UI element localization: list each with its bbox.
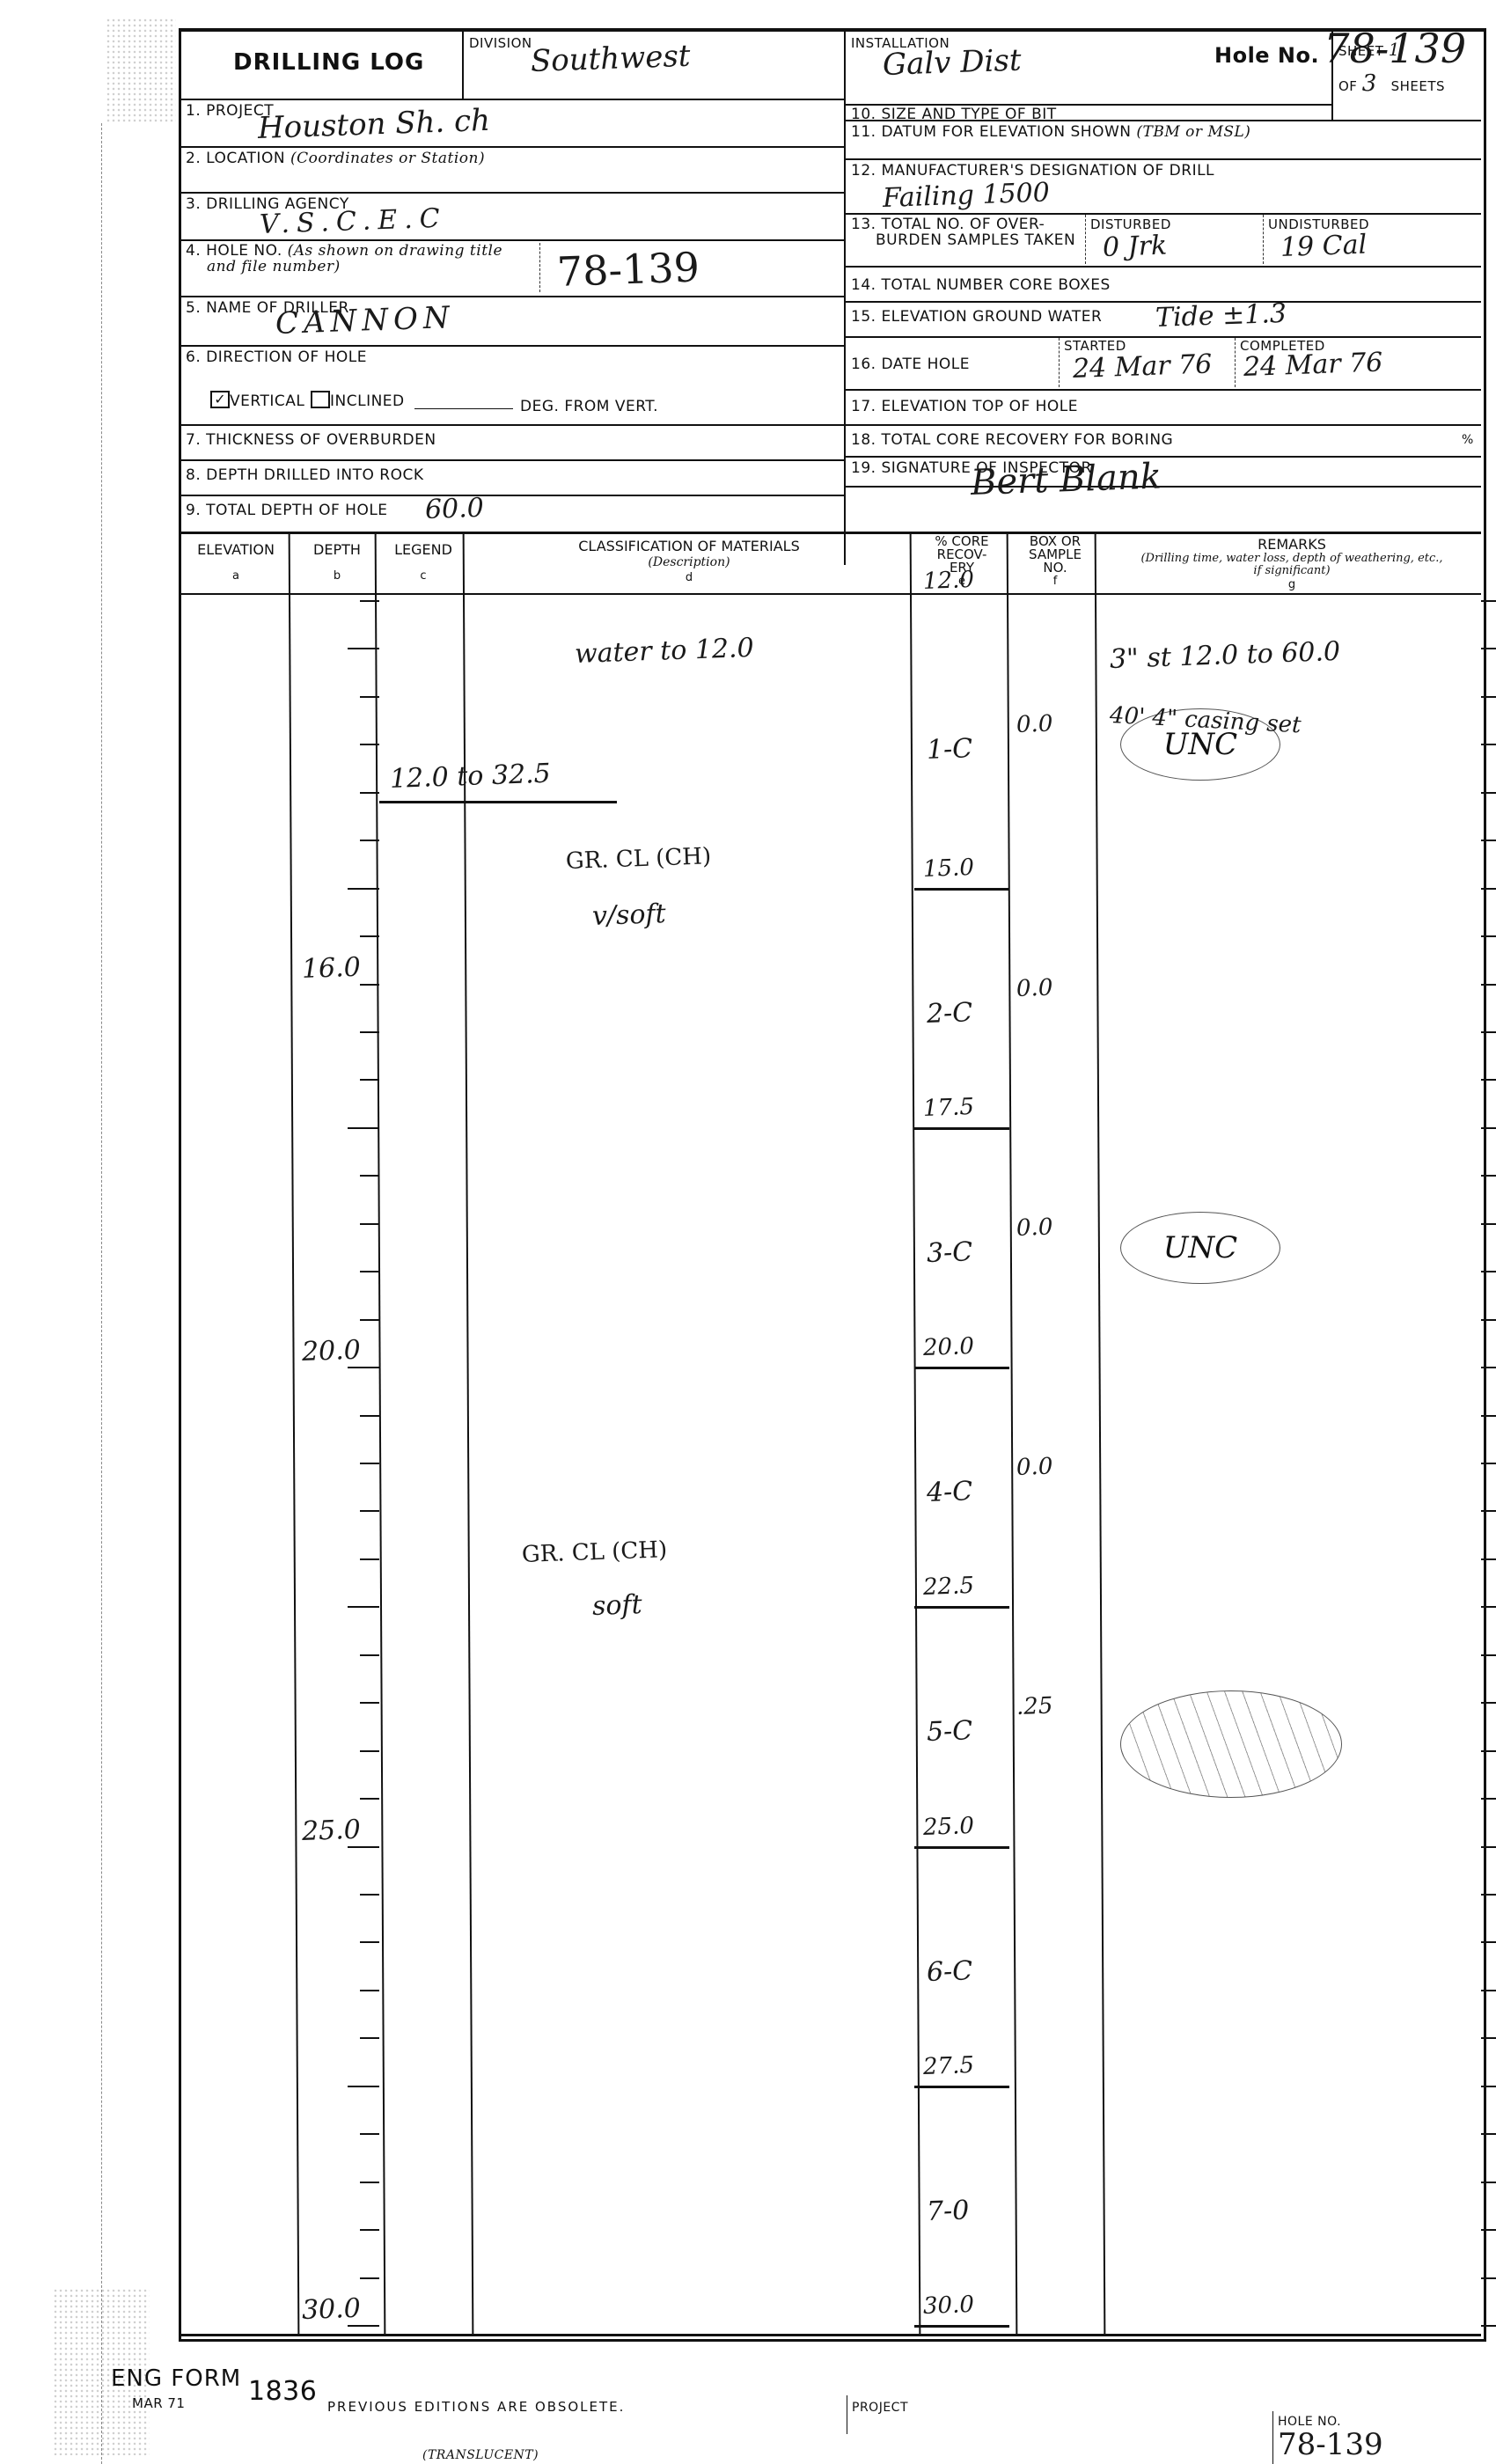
inclined-label: INCLINED [330,392,405,410]
column-letter: f [1011,575,1099,588]
location-label-text: 2. LOCATION [186,150,285,167]
divider [1331,28,1333,120]
depth-tick [360,1894,379,1896]
sample-number: 4-C [926,1476,972,1508]
depth-tick [348,648,379,649]
sample-number: 2-C [926,997,972,1030]
column-letter: d [469,570,909,586]
margin-tick [1481,1271,1496,1272]
location-hint: (Coordinates or Station) [290,150,485,167]
division-field[interactable]: Southwest [530,39,691,79]
agency-field[interactable]: V.S.C.E.C [259,203,447,240]
row-line [844,389,1481,391]
undisturbed-field[interactable]: 19 Cal [1280,230,1367,263]
disturbed-field[interactable]: 0 Jrk [1102,230,1167,263]
row-line [844,336,1481,338]
depth-tick [360,1702,379,1704]
depth-tick [360,1415,379,1417]
margin-tick [1481,1175,1496,1177]
description-entry: water to 12.0 [574,633,754,670]
column-letter: g [1103,577,1481,593]
depth-tick [360,2277,379,2279]
row-line [179,495,844,496]
obsolete-note: PREVIOUS EDITIONS ARE OBSOLETE. [327,2399,625,2415]
depth-tick [360,1798,379,1800]
divider [462,28,464,99]
table-header-bottom [179,593,1481,595]
margin-tick [1481,1510,1496,1512]
depth-tick [348,2086,379,2087]
of-sheets-label: OF 3 SHEETS [1338,70,1445,97]
depth-tick [360,840,379,841]
margin-tick [1481,2182,1496,2183]
center-divider [844,28,846,565]
rock-label: 8. DEPTH DRILLED INTO ROCK [186,466,423,484]
installation-field[interactable]: Galv Dist [882,43,1022,83]
margin-tick [1481,2133,1496,2135]
checkmark-icon: ✓ [214,391,225,407]
row-line [844,424,1481,426]
sample-boundary-depth: 15.0 [922,854,974,883]
description-entry: soft [591,1589,642,1622]
column-title: CLASSIFICATION OF MATERIALS [469,539,909,554]
margin-tick [1481,2229,1496,2231]
depth-tick [360,1941,379,1943]
drilling-log-form: DRILLING LOG DIVISION Southwest 1. PROJE… [179,28,1487,2395]
completed-field[interactable]: 24 Mar 76 [1243,347,1383,383]
sample-boundary-line [914,1606,1009,1609]
depth-tick [360,2229,379,2231]
depth-tick [360,792,379,794]
margin-tick [1481,2086,1496,2087]
form-footer: ENG FORM [111,2365,241,2392]
depth-label: 30.0 [301,2293,361,2326]
depth-tick [360,2037,379,2039]
division-label: DIVISION [469,35,532,51]
sheet-label-text: SHEET [1338,43,1383,59]
depth-tick [348,888,379,890]
driller-field[interactable]: CANNON [275,300,455,341]
unconfined-test-mark: UNC [1120,1212,1280,1284]
row-line [844,486,1481,488]
row-line [179,345,844,347]
depth-tick [360,984,379,986]
sample-boundary-line [914,1127,1009,1130]
sample-boundary-depth: 20.0 [922,1333,974,1361]
margin-tick [1481,1894,1496,1896]
margin-tick [1481,696,1496,698]
total-depth-label: 9. TOTAL DEPTH OF HOLE [186,502,388,519]
paper-note: (TRANSLUCENT) [422,2448,539,2462]
datum-label: 11. DATUM FOR ELEVATION SHOWN (TBM or MS… [851,123,1250,141]
vertical-label: VERTICAL [230,392,304,410]
hole-no-field[interactable]: 78-139 [556,243,700,296]
sample-boundary-depth: 12.0 [922,567,974,595]
depth-tick [360,1750,379,1752]
bit-label: 10. SIZE AND TYPE OF BIT [851,106,1057,123]
depth-tick [360,1558,379,1560]
column-header-elevation: ELEVATION a [179,542,293,584]
sample-number: 3-C [926,1236,972,1269]
row-line [844,158,1481,160]
description-entry: 12.0 to 32.5 [389,759,551,795]
margin-tick [1481,1798,1496,1800]
margin-tick [1481,648,1496,649]
depth-tick [360,1510,379,1512]
depth-tick [360,1079,379,1081]
column-title: BOX OR SAMPLE NO. [1011,535,1099,575]
margin-tick [1481,1654,1496,1656]
hole-no-hint-1: (As shown on drawing title [288,242,502,260]
divider [1085,215,1086,264]
page-edge-line [101,123,102,2464]
column-header-legend: LEGEND c [381,542,466,584]
sample-number: 5-C [926,1716,972,1749]
row-line [179,239,844,241]
depth-label: 16.0 [301,951,361,984]
column-letter: b [295,568,379,584]
total-depth-field[interactable]: 60.0 [424,493,484,525]
margin-tick [1481,600,1496,602]
row-line [179,99,844,100]
margin-tick [1481,2277,1496,2279]
sample-boundary-depth: 30.0 [922,2292,974,2320]
samples-label-2: BURDEN SAMPLES TAKEN [851,231,1075,249]
scan-artifact [106,18,176,123]
manufacturer-field[interactable]: Failing 1500 [882,177,1050,214]
row-line [844,266,1481,268]
form-date: MAR 71 [132,2395,185,2411]
depth-tick [360,600,379,602]
datum-hint: (TBM or MSL) [1136,123,1250,141]
hole-no-hint-2: and file number) [186,258,341,275]
margin-tick [1481,1558,1496,1560]
depth-tick [360,1031,379,1033]
divider [1235,338,1236,387]
vertical-checkbox[interactable]: ✓ [210,391,230,408]
margin-tick [1481,1127,1496,1129]
margin-tick [1481,840,1496,841]
depth-tick [360,1654,379,1656]
margin-tick [1481,1750,1496,1752]
depth-tick [348,2325,379,2327]
row-line [179,146,844,148]
form-number: 1836 [248,2376,317,2407]
depth-tick [360,2182,379,2183]
sample-number: 1-C [926,734,972,766]
column-subtitle: (Description) [469,554,909,570]
row-line [179,192,844,194]
sheet-label: SHEET 1 [1338,39,1400,60]
depth-tick [360,2133,379,2135]
core-recovery-value: 0.0 [1016,711,1052,738]
depth-tick [360,1319,379,1321]
description-entry: GR. CL (CH) [565,843,711,875]
margin-tick [1481,1079,1496,1081]
sample-boundary-line [914,1846,1009,1849]
divider [847,2395,847,2434]
degrees-label: DEG. FROM VERT. [520,398,658,415]
depth-label: 20.0 [301,1335,361,1368]
sample-boundary-depth: 25.0 [922,1813,974,1841]
depth-label: 25.0 [301,1814,361,1846]
column-header-classification: CLASSIFICATION OF MATERIALS (Description… [469,539,909,586]
footer-project-label: PROJECT [852,2401,908,2415]
margin-tick [1481,1702,1496,1704]
depth-tick [360,1271,379,1272]
location-label: 2. LOCATION (Coordinates or Station) [186,150,485,167]
column-subtitle: (Drilling time, water loss, depth of wea… [1103,553,1481,577]
datum-label-text: 11. DATUM FOR ELEVATION SHOWN [851,123,1132,141]
direction-label: 6. DIRECTION OF HOLE [186,348,367,366]
margin-tick [1481,2037,1496,2039]
overburden-label: 7. THICKNESS OF OVERBURDEN [186,431,436,449]
margin-tick [1481,1031,1496,1033]
margin-tick [1481,1606,1496,1608]
divider [1059,338,1060,387]
sheet-field[interactable]: 1 [1389,39,1400,60]
column-letter: a [179,568,293,584]
depth-tick [348,1606,379,1608]
of-label: OF [1338,78,1357,94]
margin-tick [1481,984,1496,986]
margin-tick [1481,1367,1496,1368]
margin-tick [1481,744,1496,745]
sample-boundary-depth: 22.5 [922,1573,974,1601]
ground-water-field[interactable]: Tide ±1.3 [1155,298,1287,334]
divider [1272,2411,1273,2464]
sample-boundary-line [914,2325,1009,2328]
started-field[interactable]: 24 Mar 76 [1072,348,1213,385]
depth-tick [360,1223,379,1225]
description-entry: GR. CL (CH) [521,1536,667,1568]
description-entry: v/soft [591,898,666,932]
row-line [179,459,844,461]
depth-tick [348,1367,379,1368]
elevation-top-label: 17. ELEVATION TOP OF HOLE [851,398,1078,415]
date-hole-label: 16. DATE HOLE [851,356,970,373]
row-line [179,424,844,426]
column-header-depth: DEPTH b [295,542,379,584]
core-recovery-value: 0.0 [1016,1454,1052,1481]
of-field[interactable]: 3 [1362,70,1377,97]
margin-tick [1481,2325,1496,2327]
margin-tick [1481,792,1496,794]
core-recovery-value: 0.0 [1016,974,1052,1001]
core-recovery-label: 18. TOTAL CORE RECOVERY FOR BORING [851,431,1173,449]
footer-hole-no-value: 78-139 [1278,2427,1383,2462]
core-recovery-value: .25 [1016,1693,1052,1720]
margin-tick [1481,1415,1496,1417]
sample-boundary-line [914,888,1009,891]
margin-tick [1481,935,1496,937]
margin-tick [1481,1846,1496,1848]
samples-label-1: 13. TOTAL NO. OF OVER- [851,216,1045,233]
inclined-checkbox[interactable] [311,391,330,408]
depth-tick [360,1175,379,1177]
margin-tick [1481,1941,1496,1943]
margin-tick [1481,1223,1496,1225]
column-title: DEPTH [295,542,379,558]
margin-tick [1481,1990,1496,1991]
depth-tick [360,935,379,937]
column-header-sample-no: BOX OR SAMPLE NO. f [1011,535,1099,588]
form-title: DRILLING LOG [233,49,424,76]
depth-tick [348,1846,379,1848]
stratum-boundary [379,801,617,803]
margin-tick [1481,1319,1496,1321]
column-header-remarks: REMARKS (Drilling time, water loss, dept… [1103,537,1481,593]
row-line [844,213,1481,215]
degree-input-line[interactable] [414,408,513,409]
samples-label: 13. TOTAL NO. OF OVER- BURDEN SAMPLES TA… [851,216,1075,248]
column-letter: c [381,568,466,584]
column-title: LEGEND [381,542,466,558]
signature-field[interactable]: Bert Blank [970,456,1162,503]
margin-tick [1481,1463,1496,1464]
column-title: REMARKS [1103,537,1481,553]
depth-tick [360,1463,379,1464]
row-line [179,296,844,297]
sample-boundary-line [914,1367,1009,1369]
sample-boundary-line [914,2086,1009,2088]
depth-tick [348,1127,379,1129]
depth-tick [360,696,379,698]
hole-no-label: 4. HOLE NO. (As shown on drawing title a… [186,243,502,275]
sheets-label: SHEETS [1391,78,1445,94]
form-name: ENG FORM [111,2365,241,2392]
sample-number: 6-C [926,1955,972,1988]
sample-boundary-depth: 17.5 [922,1094,974,1122]
core-recovery-unit: % [1462,433,1474,447]
core-boxes-label: 14. TOTAL NUMBER CORE BOXES [851,276,1111,294]
core-recovery-value: 0.0 [1016,1214,1052,1242]
scribble-mark [1120,1690,1342,1798]
column-title: ELEVATION [179,542,293,558]
hole-no-label-text: 4. HOLE NO. [186,242,282,260]
table-bottom [179,2334,1481,2336]
row-line [844,456,1481,458]
margin-tick [1481,888,1496,890]
sample-boundary-depth: 27.5 [922,2052,974,2080]
ground-water-label: 15. ELEVATION GROUND WATER [851,308,1102,326]
divider [539,243,540,292]
depth-tick [360,1990,379,1991]
divider [1263,215,1264,264]
depth-tick [360,744,379,745]
sample-number: 7-0 [926,2195,970,2227]
